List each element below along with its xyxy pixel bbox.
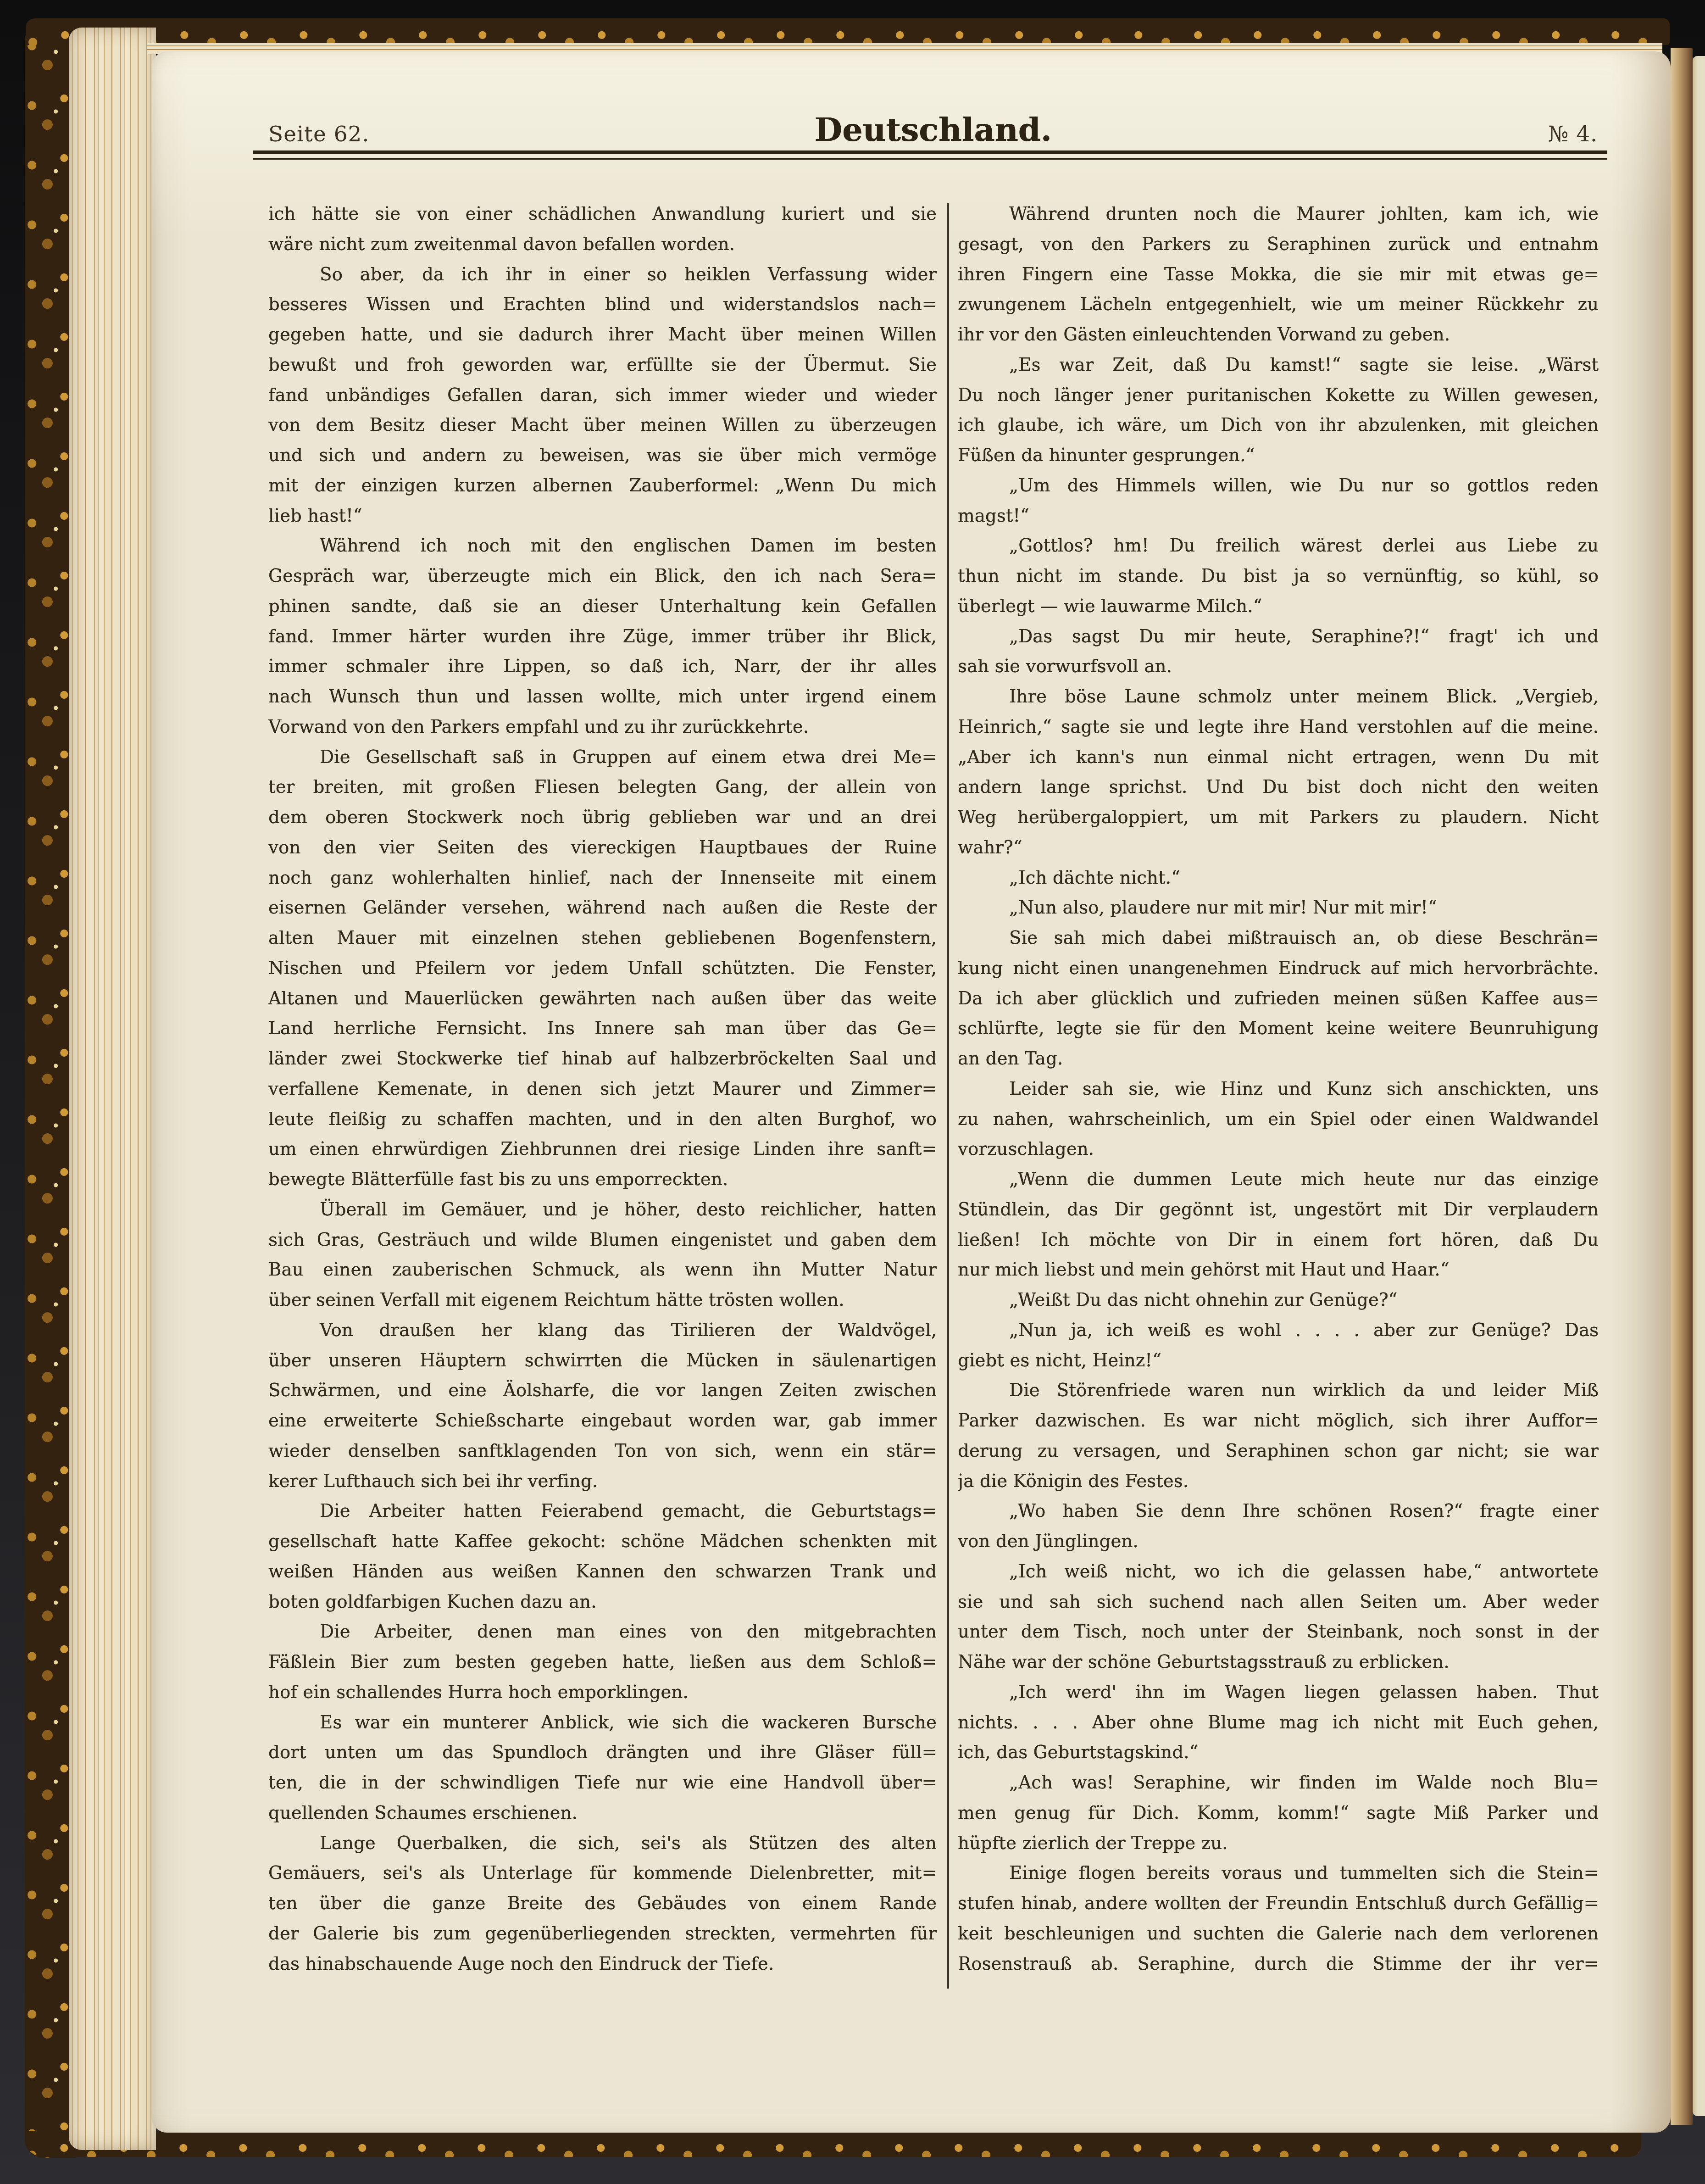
- text-line: von den Jünglingen.: [958, 1527, 1599, 1557]
- text-line: „Nun ja, ich weiß es wohl . . . . aber z…: [958, 1315, 1599, 1346]
- text-line: Einige flogen bereits voraus und tummelt…: [958, 1858, 1599, 1889]
- text-column-left: ich hätte sie von einer schädlichen Anwa…: [268, 199, 937, 1979]
- text-line: Altanen und Mauerlücken gewährten nach a…: [268, 984, 937, 1014]
- text-line: Die Arbeiter, denen man eines von den mi…: [268, 1617, 937, 1647]
- text-line: verfallene Kemenate, in denen sich jetzt…: [268, 1074, 937, 1104]
- text-line: Land herrliche Fernsicht. Ins Innere sah…: [268, 1014, 937, 1044]
- text-line: ten über die ganze Breite des Gebäudes v…: [268, 1889, 937, 1919]
- text-line: gegeben hatte, und sie dadurch ihrer Mac…: [268, 320, 937, 350]
- text-line: keit beschleunigen und suchten die Galer…: [958, 1919, 1599, 1949]
- text-line: dort unten um das Spundloch drängten und…: [268, 1738, 937, 1768]
- text-line: ich, das Geburtstagskind.“: [958, 1738, 1599, 1768]
- text-line: sah sie vorwurfsvoll an.: [958, 652, 1599, 682]
- text-line: alten Mauer mit einzelnen stehen geblieb…: [268, 923, 937, 953]
- text-line: „Es war Zeit, daß Du kamst!“ sagte sie l…: [958, 350, 1599, 380]
- text-line: leute fleißig zu schaffen machten, und i…: [268, 1104, 937, 1135]
- page-fore-edges-left: [69, 28, 156, 2150]
- text-line: Nischen und Pfeilern vor jedem Unfall sc…: [268, 953, 937, 984]
- text-line: um einen ehrwürdigen Ziehbrunnen drei ri…: [268, 1134, 937, 1164]
- text-line: Von draußen her klang das Tirilieren der…: [268, 1315, 937, 1346]
- text-line: bewußt und froh geworden war, erfüllte s…: [268, 350, 937, 380]
- text-line: der Galerie bis zum gegenüberliegenden s…: [268, 1919, 937, 1949]
- text-line: hof ein schallendes Hurra hoch emporklin…: [268, 1677, 937, 1708]
- text-line: Sie sah mich dabei mißtrauisch an, ob di…: [958, 923, 1599, 953]
- text-line: ter breiten, mit großen Fliesen belegten…: [268, 772, 937, 802]
- text-line: fand unbändiges Gefallen daran, sich imm…: [268, 380, 937, 411]
- text-line: an den Tag.: [958, 1044, 1599, 1074]
- text-line: „Ich dächte nicht.“: [958, 863, 1599, 893]
- text-line: Die Störenfriede waren nun wirklich da u…: [958, 1376, 1599, 1406]
- text-line: wahr?“: [958, 833, 1599, 863]
- text-line: nur mich liebst und mein gehörst mit Hau…: [958, 1255, 1599, 1285]
- text-line: Während ich noch mit den englischen Dame…: [268, 531, 937, 561]
- text-line: ließen! Ich möchte von Dir in einem fort…: [958, 1225, 1599, 1255]
- text-line: von den vier Seiten des viereckigen Haup…: [268, 833, 937, 863]
- text-line: über unseren Häuptern schwirrten die Müc…: [268, 1346, 937, 1376]
- text-line: zwungenem Lächeln entgegenhielt, wie um …: [958, 290, 1599, 320]
- text-line: ten, die in der schwindligen Tiefe nur w…: [268, 1768, 937, 1798]
- text-line: Parker dazwischen. Es war nicht möglich,…: [958, 1406, 1599, 1436]
- text-line: zu nahen, wahrscheinlich, um ein Spiel o…: [958, 1104, 1599, 1135]
- text-line: phinen sandte, daß sie an dieser Unterha…: [268, 591, 937, 622]
- text-line: eisernen Geländer versehen, während nach…: [268, 893, 937, 923]
- text-line: gesagt, von den Parkers zu Seraphinen zu…: [958, 229, 1599, 260]
- text-line: Fäßlein Bier zum besten gegeben hatte, l…: [268, 1647, 937, 1677]
- text-line: „Nun also, plaudere nur mit mir! Nur mit…: [958, 893, 1599, 923]
- column-divider-rule: [947, 203, 949, 1989]
- text-line: wieder denselben sanftklagenden Ton von …: [268, 1436, 937, 1466]
- book-cover-bottom-edge: [25, 2131, 1641, 2157]
- text-line: Während drunten noch die Maurer johlten,…: [958, 199, 1599, 229]
- text-line: nach Wunsch thun und lassen wollte, mich…: [268, 682, 937, 712]
- text-line: und sich und andern zu beweisen, was sie…: [268, 440, 937, 471]
- text-line: „Weißt Du das nicht ohnehin zur Genüge?“: [958, 1285, 1599, 1315]
- text-line: das hinabschauende Auge noch den Eindruc…: [268, 1949, 937, 1979]
- text-line: Rosenstrauß ab. Seraphine, durch die Sti…: [958, 1949, 1599, 1979]
- journal-title: Deutschland.: [814, 111, 1052, 149]
- text-line: vorzuschlagen.: [958, 1134, 1599, 1164]
- text-line: sich Gras, Gesträuch und wilde Blumen ei…: [268, 1225, 937, 1255]
- text-line: Heinrich,“ sagte sie und legte ihre Hand…: [958, 712, 1599, 742]
- text-line: „Ach was! Seraphine, wir finden im Walde…: [958, 1768, 1599, 1798]
- text-line: men genug für Dich. Komm, komm!“ sagte M…: [958, 1798, 1599, 1828]
- text-line: schlürfte, legte sie für den Moment kein…: [958, 1014, 1599, 1044]
- text-line: überlegt — wie lauwarme Milch.“: [958, 591, 1599, 622]
- text-line: kung nicht einen unangenehmen Eindruck a…: [958, 953, 1599, 984]
- text-line: länder zwei Stockwerke tief hinab auf ha…: [268, 1044, 937, 1074]
- text-line: Überall im Gemäuer, und je höher, desto …: [268, 1195, 937, 1225]
- text-line: Leider sah sie, wie Hinz und Kunz sich a…: [958, 1074, 1599, 1104]
- text-line: ich hätte sie von einer schädlichen Anwa…: [268, 199, 937, 229]
- issue-number-label: № 4.: [1548, 122, 1598, 149]
- text-line: noch ganz wohlerhalten hinlief, nach der…: [268, 863, 937, 893]
- text-line: „Um des Himmels willen, wie Du nur so go…: [958, 471, 1599, 501]
- text-line: „Wenn die dummen Leute mich heute nur da…: [958, 1164, 1599, 1195]
- text-line: ich glaube, ich wäre, um Dich von ihr ab…: [958, 410, 1599, 440]
- text-line: Ihre böse Laune schmolz unter meinem Bli…: [958, 682, 1599, 712]
- text-line: stufen hinab, andere wollten der Freundi…: [958, 1889, 1599, 1919]
- text-line: thun nicht im stande. Du bist ja so vern…: [958, 561, 1599, 591]
- text-line: Die Gesellschaft saß in Gruppen auf eine…: [268, 742, 937, 773]
- text-line: Stündlein, das Dir gegönnt ist, ungestör…: [958, 1195, 1599, 1225]
- text-line: Lange Querbalken, die sich, sei's als St…: [268, 1828, 937, 1859]
- text-line: von dem Besitz dieser Macht über meinen …: [268, 410, 937, 440]
- text-line: gesellschaft hatte Kaffee gekocht: schön…: [268, 1527, 937, 1557]
- text-line: kerer Lufthauch sich bei ihr verfing.: [268, 1466, 937, 1497]
- text-line: wäre nicht zum zweitenmal davon befallen…: [268, 229, 937, 260]
- text-line: Gespräch war, überzeugte mich ein Blick,…: [268, 561, 937, 591]
- text-line: „Wo haben Sie denn Ihre schönen Rosen?“ …: [958, 1496, 1599, 1527]
- text-line: weißen Händen aus weißen Kannen den schw…: [268, 1557, 937, 1587]
- text-line: ihr vor den Gästen einleuchtenden Vorwan…: [958, 320, 1599, 350]
- book-cover-top-edge: [26, 18, 1670, 45]
- text-line: ihren Fingern eine Tasse Mokka, die sie …: [958, 260, 1599, 290]
- text-line: bewegte Blätterfülle fast bis zu uns emp…: [268, 1164, 937, 1195]
- text-line: unter dem Tisch, noch unter der Steinban…: [958, 1617, 1599, 1647]
- text-line: quellenden Schaumes erschienen.: [268, 1798, 937, 1828]
- text-line: Weg herübergaloppiert, um mit Parkers zu…: [958, 802, 1599, 833]
- text-line: „Das sagst Du mir heute, Seraphine?!“ fr…: [958, 622, 1599, 652]
- facing-page-edge: [1693, 56, 1705, 2116]
- header-double-rule: [253, 150, 1607, 160]
- text-line: So aber, da ich ihr in einer so heiklen …: [268, 260, 937, 290]
- text-line: eine erweiterte Schießscharte eingebaut …: [268, 1406, 937, 1436]
- text-line: magst!“: [958, 501, 1599, 531]
- book-gutter-shadow: [1671, 48, 1693, 2125]
- text-line: sie und sah sich suchend nach allen Seit…: [958, 1587, 1599, 1617]
- text-line: über seinen Verfall mit eigenem Reichtum…: [268, 1285, 937, 1315]
- text-line: „Gottlos? hm! Du freilich wärest derlei …: [958, 531, 1599, 561]
- text-line: nichts. . . . Aber ohne Blume mag ich ni…: [958, 1708, 1599, 1738]
- text-line: Füßen da hinunter gesprungen.“: [958, 440, 1599, 471]
- text-line: Schwärmen, und eine Äolsharfe, die vor l…: [268, 1376, 937, 1406]
- text-line: „Ich werd' ihn im Wagen liegen gelassen …: [958, 1677, 1599, 1708]
- text-line: Es war ein munterer Anblick, wie sich di…: [268, 1708, 937, 1738]
- text-line: Vorwand von den Parkers empfahl und zu i…: [268, 712, 937, 742]
- page-header: Seite 62. Deutschland. № 4.: [268, 110, 1598, 149]
- book-page: Seite 62. Deutschland. № 4. ich hätte si…: [151, 51, 1671, 2133]
- text-line: dem oberen Stockwerk noch übrig gebliebe…: [268, 802, 937, 833]
- text-column-right: Während drunten noch die Maurer johlten,…: [958, 199, 1599, 1979]
- text-line: Bau einen zauberischen Schmuck, als wenn…: [268, 1255, 937, 1285]
- text-line: besseres Wissen und Erachten blind und w…: [268, 290, 937, 320]
- text-line: ja die Königin des Festes.: [958, 1466, 1599, 1497]
- text-line: andern lange sprichst. Und Du bist doch …: [958, 772, 1599, 802]
- text-line: Da ich aber glücklich und zufrieden mein…: [958, 984, 1599, 1014]
- page-number-label: Seite 62.: [268, 122, 369, 149]
- text-line: Die Arbeiter hatten Feierabend gemacht, …: [268, 1496, 937, 1527]
- text-line: „Aber ich kann's nun einmal nicht ertrag…: [958, 742, 1599, 773]
- photo-backdrop: Seite 62. Deutschland. № 4. ich hätte si…: [0, 0, 1705, 2184]
- text-line: Nähe war der schöne Geburtstagsstrauß zu…: [958, 1647, 1599, 1677]
- text-line: mit der einzigen kurzen albernen Zauberf…: [268, 471, 937, 501]
- text-line: hüpfte zierlich der Treppe zu.: [958, 1828, 1599, 1859]
- text-line: Gemäuers, sei's als Unterlage für kommen…: [268, 1858, 937, 1889]
- text-line: „Ich weiß nicht, wo ich die gelassen hab…: [958, 1557, 1599, 1587]
- text-line: boten goldfarbigen Kuchen dazu an.: [268, 1587, 937, 1617]
- text-line: immer schmaler ihre Lippen, so daß ich, …: [268, 652, 937, 682]
- text-line: Du noch länger jener puritanischen Koket…: [958, 380, 1599, 411]
- text-line: giebt es nicht, Heinz!“: [958, 1346, 1599, 1376]
- text-line: fand. Immer härter wurden ihre Züge, imm…: [268, 622, 937, 652]
- text-line: derung zu versagen, und Seraphinen schon…: [958, 1436, 1599, 1466]
- text-line: lieb hast!“: [268, 501, 937, 531]
